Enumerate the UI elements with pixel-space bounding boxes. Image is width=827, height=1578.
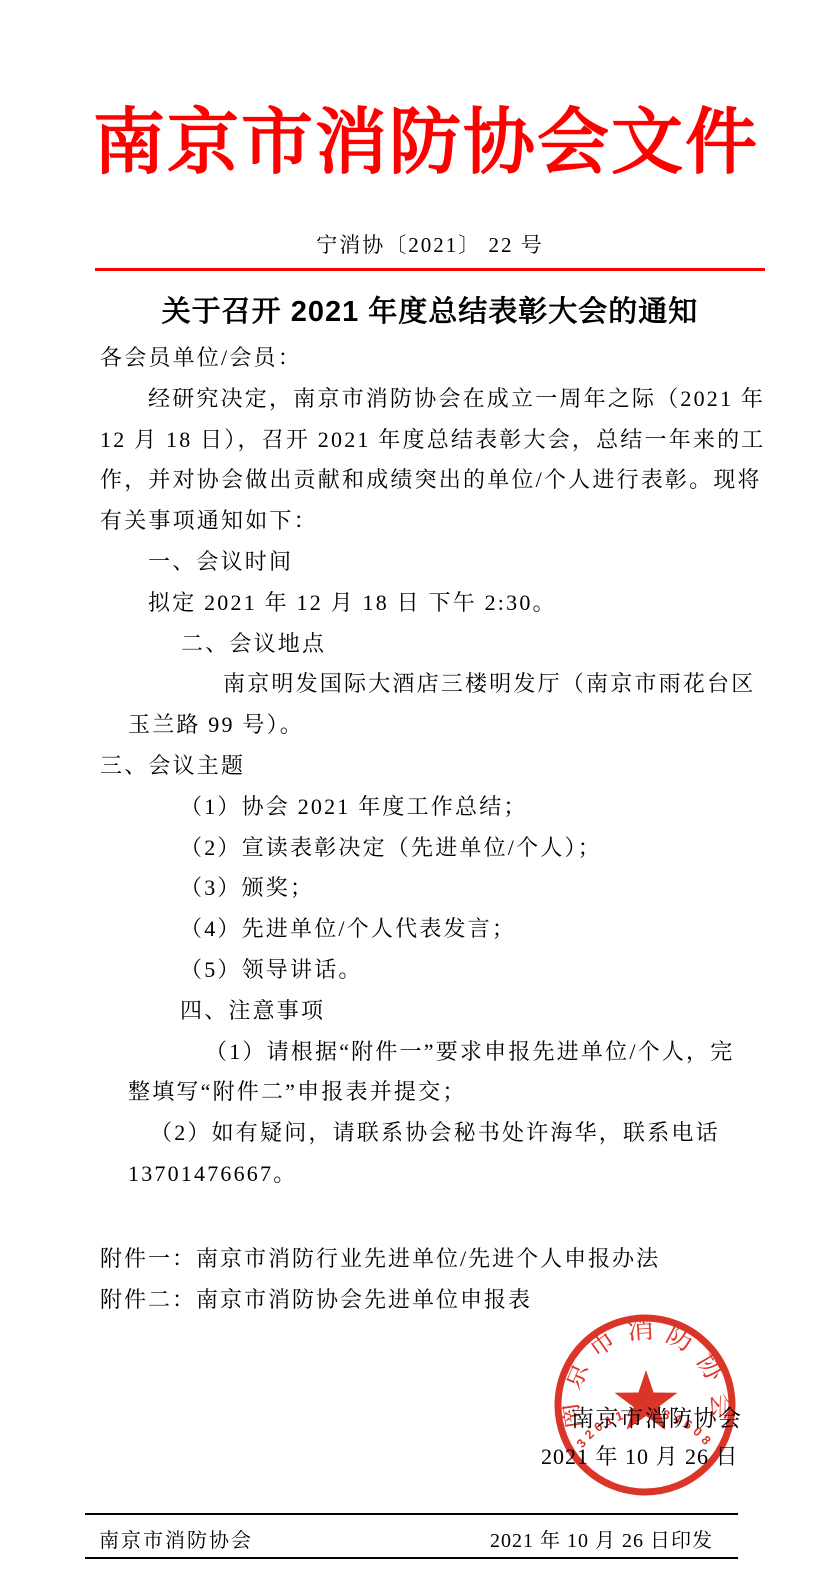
- footer-issue-date: 2021 年 10 月 26 日印发: [85, 1524, 713, 1553]
- notice-title: 关于召开 2021 年度总结表彰大会的通知: [80, 289, 780, 330]
- seal-serial: 3201141084608: [574, 1405, 714, 1450]
- body-line: （4）先进单位/个人代表发言；: [100, 909, 760, 950]
- footer-rule-bottom: [85, 1557, 738, 1559]
- body-line: 13701476667。: [100, 1154, 760, 1195]
- body-line: 有关事项通知如下：: [100, 501, 760, 542]
- body-line: 作，并对协会做出贡献和成绩突出的单位/个人进行表彰。现将: [100, 460, 760, 501]
- body-line: （1）请根据“附件一”要求申报先进单位/个人，完: [100, 1032, 760, 1073]
- document-number: 宁消协〔2021〕 22 号: [95, 229, 765, 259]
- attachment-list: 附件一：南京市消防行业先进单位/先进个人申报办法 附件二：南京市消防协会先进单位…: [100, 1238, 760, 1320]
- body-line: （3）颁奖；: [100, 868, 760, 909]
- official-document-page: 南京市消防协会文件 宁消协〔2021〕 22 号 关于召开 2021 年度总结表…: [0, 0, 827, 1578]
- footer-rule-top: [85, 1513, 738, 1515]
- body-line-section-4: 四、注意事项: [100, 991, 760, 1032]
- body-line-section-1: 一、会议时间: [100, 542, 760, 583]
- body-line: 南京明发国际大酒店三楼明发厅（南京市雨花台区: [100, 664, 760, 705]
- body-line: 整填写“附件二”申报表并提交；: [100, 1072, 760, 1113]
- body-line: （5）领导讲话。: [100, 950, 760, 991]
- official-seal: 南京市消防协会 3201141084608: [550, 1310, 740, 1500]
- red-divider-rule: [95, 268, 765, 271]
- attachment-line-1: 附件一：南京市消防行业先进单位/先进个人申报办法: [100, 1238, 760, 1279]
- body-line-section-3: 三、会议主题: [100, 746, 760, 787]
- body-line: 12 月 18 日），召开 2021 年度总结表彰大会，总结一年来的工: [100, 420, 760, 461]
- body-line-section-2: 二、会议地点: [100, 624, 760, 665]
- notice-body: 各会员单位/会员： 经研究决定，南京市消防协会在成立一周年之际（2021 年 1…: [100, 338, 760, 1195]
- body-line: 各会员单位/会员：: [100, 338, 760, 379]
- body-line: 拟定 2021 年 12 月 18 日 下午 2:30。: [100, 583, 760, 624]
- body-line: 玉兰路 99 号）。: [100, 705, 760, 746]
- body-line: （1）协会 2021 年度工作总结；: [100, 787, 760, 828]
- document-masthead: 南京市消防协会文件: [93, 103, 753, 183]
- body-line: （2）如有疑问，请联系协会秘书处许海华，联系电话: [100, 1113, 760, 1154]
- body-line: 经研究决定，南京市消防协会在成立一周年之际（2021 年: [100, 379, 760, 420]
- body-line: （2）宣读表彰决定（先进单位/个人）；: [100, 828, 760, 869]
